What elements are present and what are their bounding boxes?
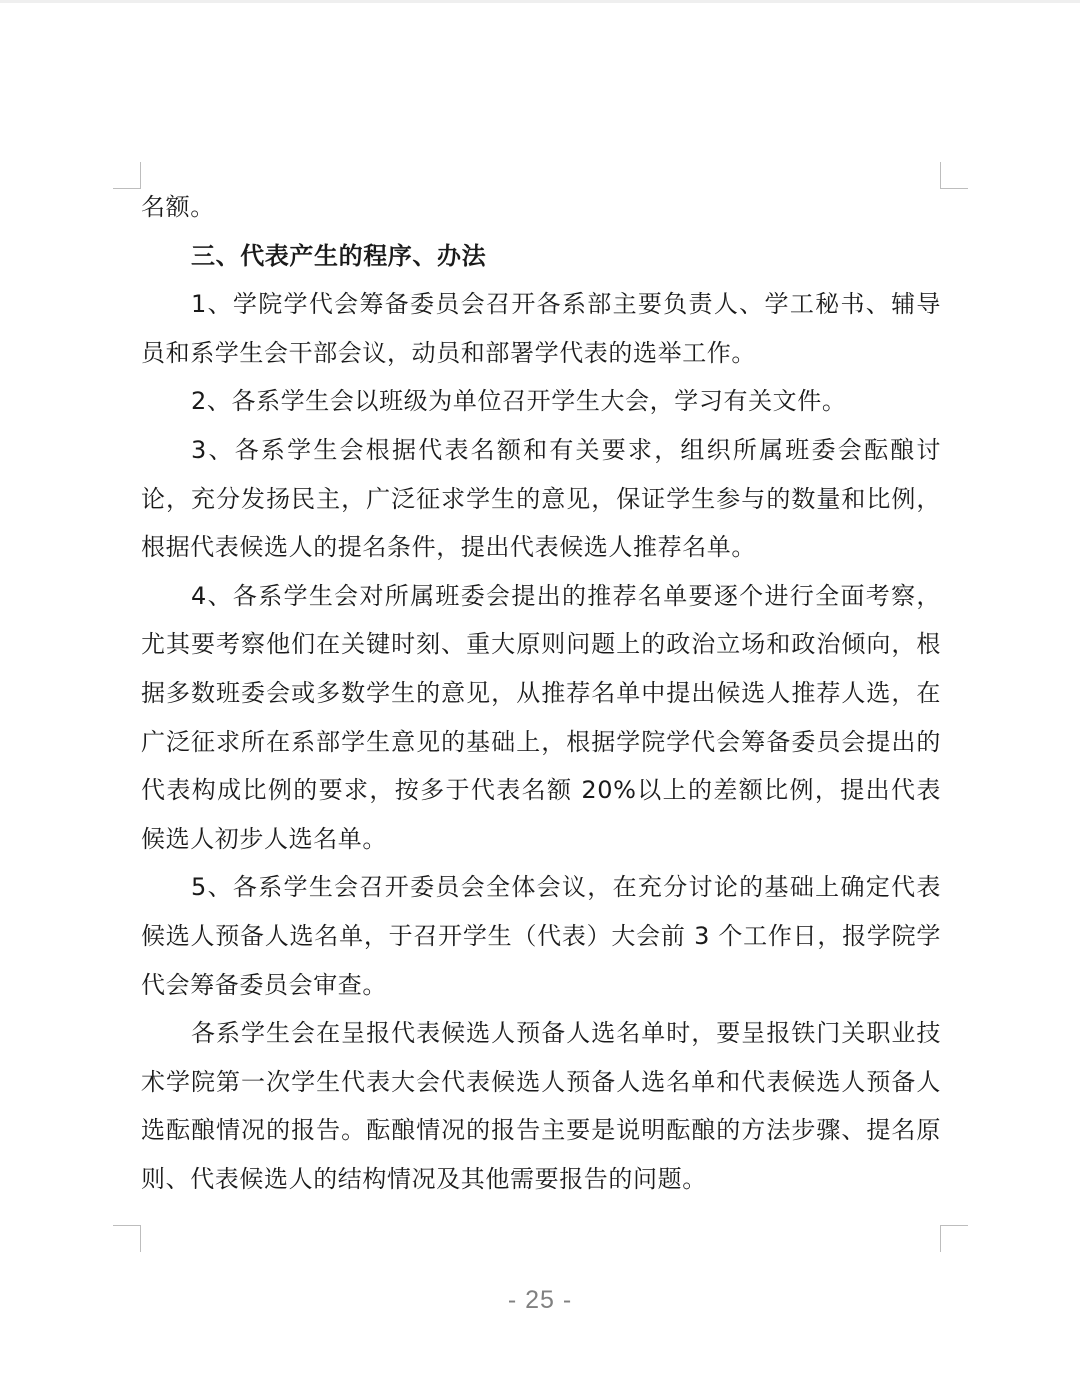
margin-corner-mark-bottom-right xyxy=(940,1225,968,1252)
margin-corner-mark-top-left xyxy=(113,162,141,189)
document-body: 名额。 三、代表产生的程序、办法 1、学院学代会筹备委员会召开各系部主要负责人、… xyxy=(141,183,941,1203)
paragraph-item-3: 3、各系学生会根据代表名额和有关要求，组织所属班委会酝酿讨论，充分发扬民主，广泛… xyxy=(141,426,941,572)
paragraph-item-1: 1、学院学代会筹备委员会召开各系部主要负责人、学工秘书、辅导员和系学生会干部会议… xyxy=(141,280,941,377)
paragraph-item-2: 2、各系学生会以班级为单位召开学生大会，学习有关文件。 xyxy=(141,377,941,426)
paragraph-item-4: 4、各系学生会对所属班委会提出的推荐名单要逐个进行全面考察，尤其要考察他们在关键… xyxy=(141,572,941,864)
section-heading: 三、代表产生的程序、办法 xyxy=(141,232,941,281)
paragraph-report-note: 各系学生会在呈报代表候选人预备人选名单时，要呈报铁门关职业技术学院第一次学生代表… xyxy=(141,1009,941,1203)
paragraph-item-5: 5、各系学生会召开委员会全体会议，在充分讨论的基础上确定代表候选人预备人选名单，… xyxy=(141,863,941,1009)
margin-corner-mark-bottom-left xyxy=(113,1225,141,1252)
margin-corner-mark-top-right xyxy=(940,162,968,189)
page-number: - 25 - xyxy=(0,1286,1080,1315)
paragraph-continuation: 名额。 xyxy=(141,183,941,232)
